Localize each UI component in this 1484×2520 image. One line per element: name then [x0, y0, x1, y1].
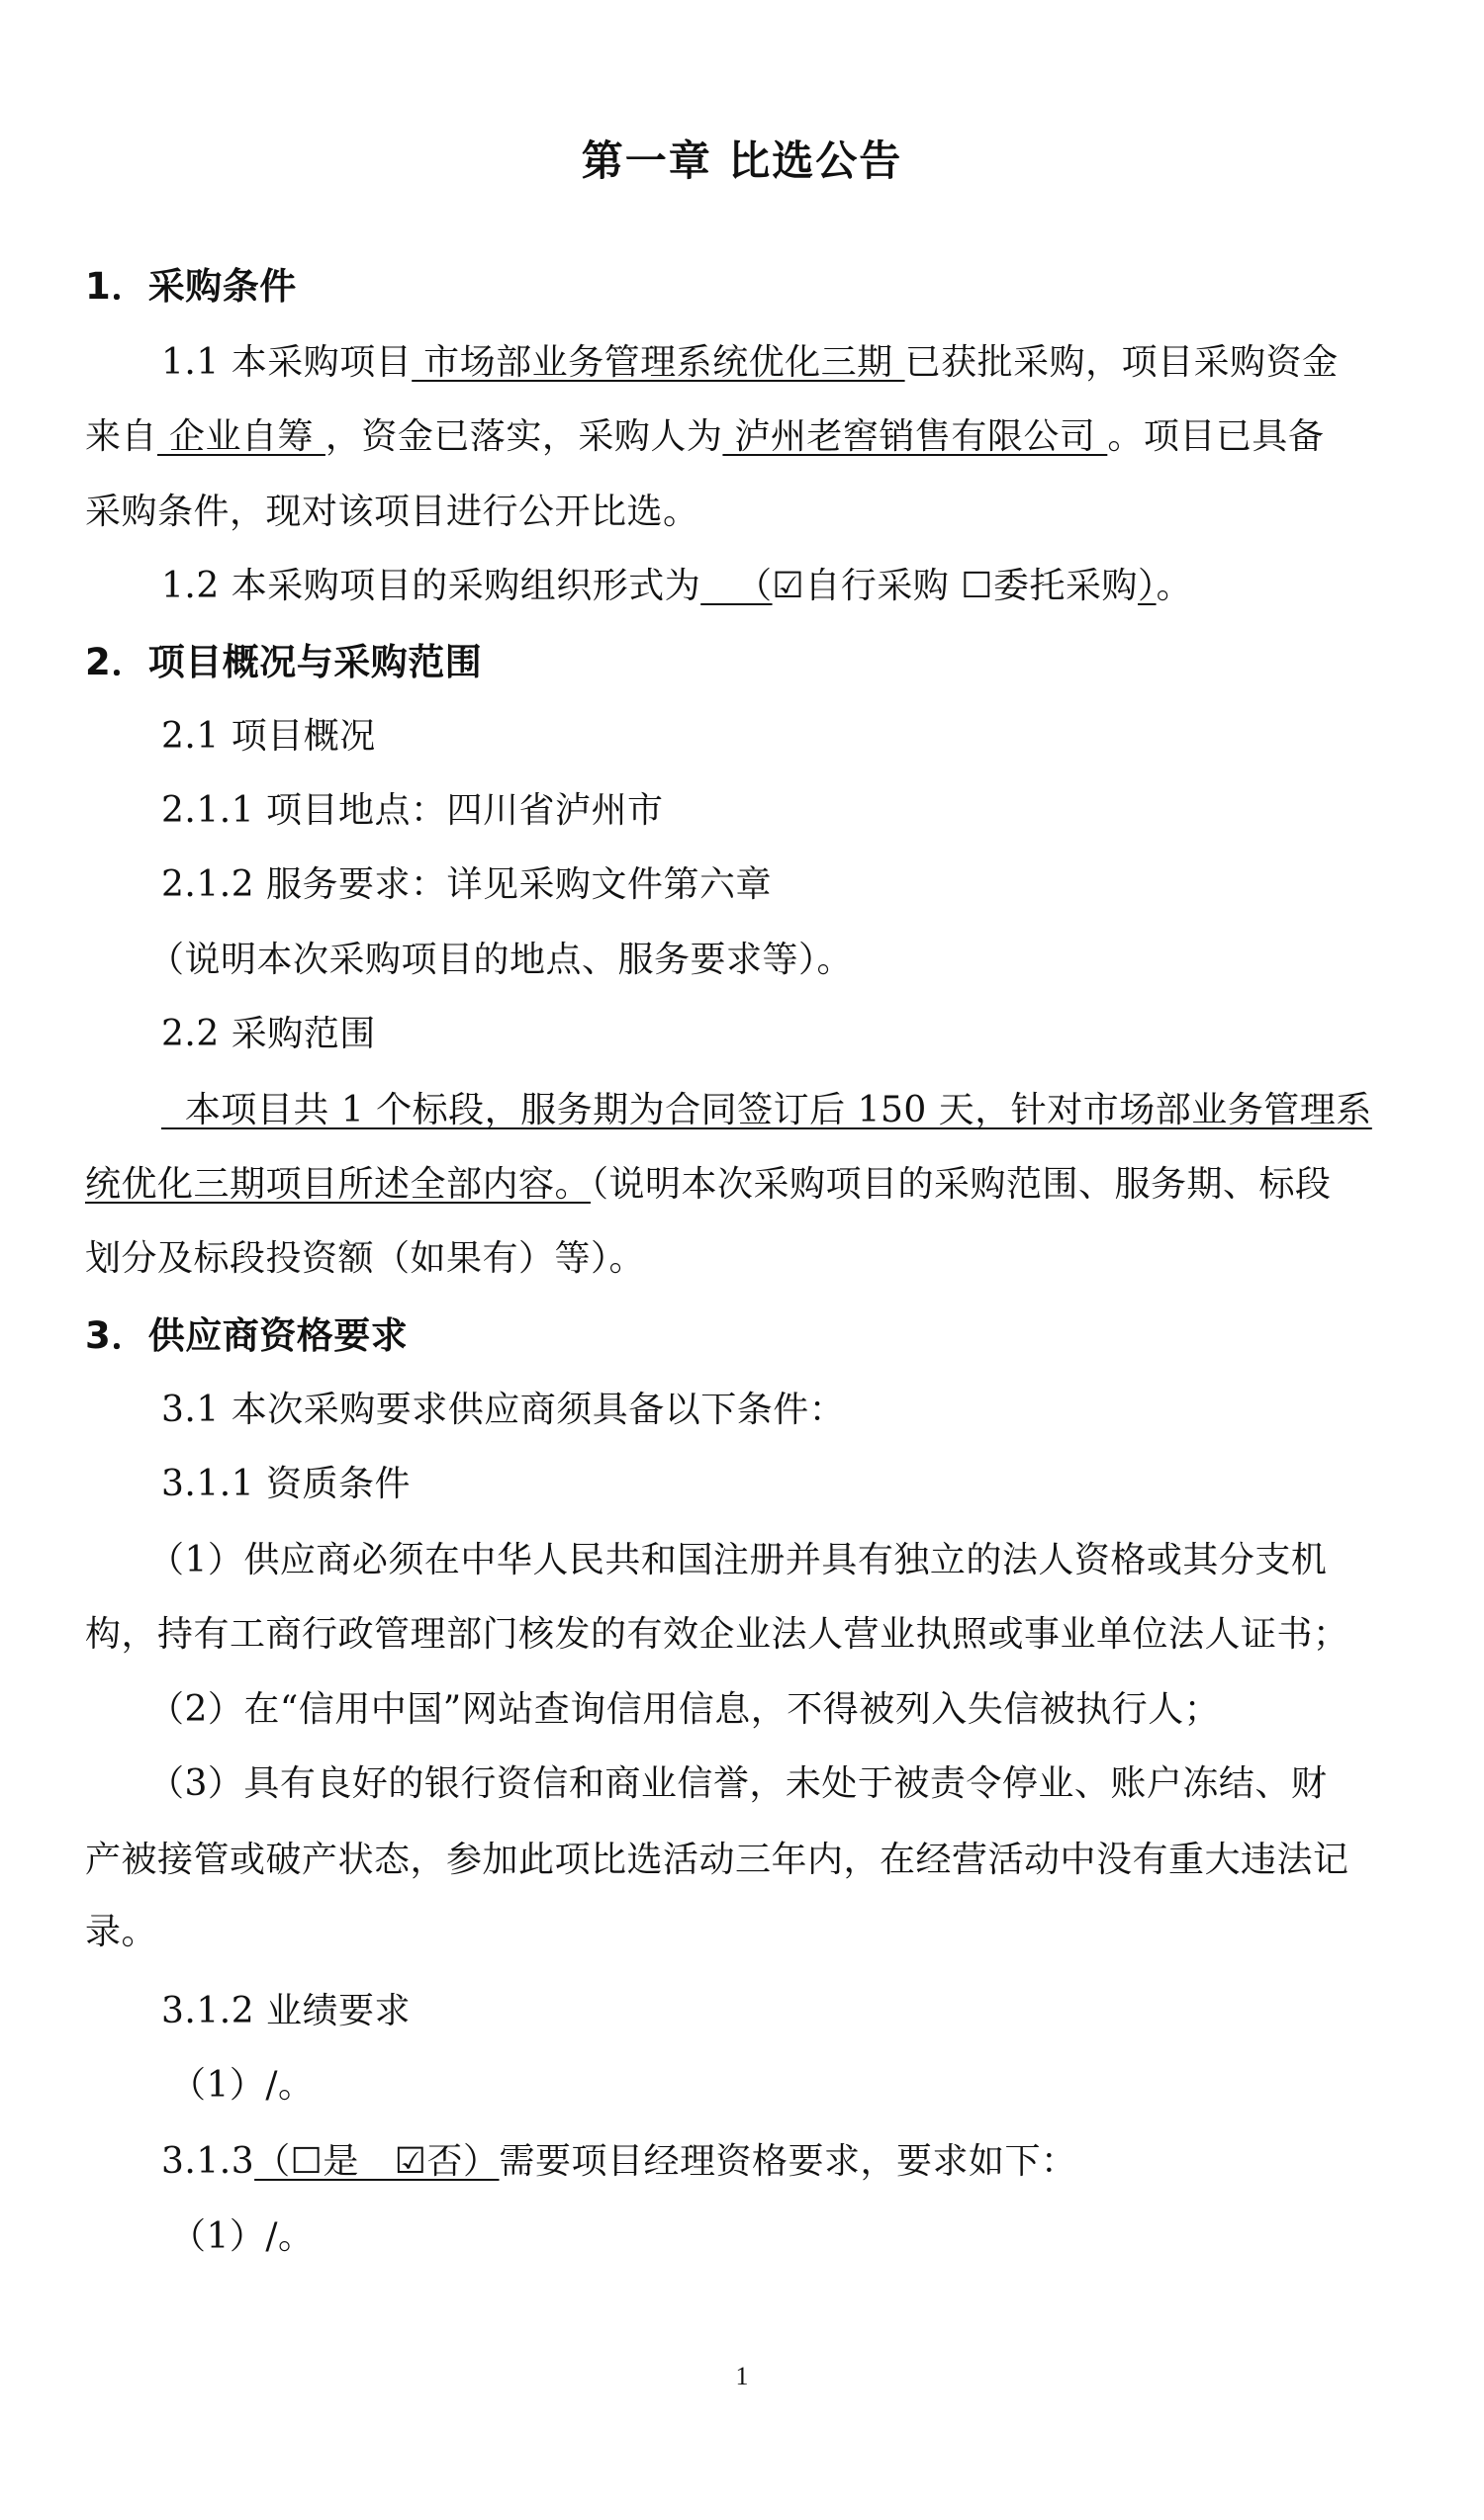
qualification-1-line-2: 构，持有工商行政管理部门核发的有效企业法人营业执照或事业单位法人证书；: [85, 1605, 1401, 1665]
text: 1.2 本采购项目的采购组织形式为: [161, 566, 700, 606]
page-title: 第一章 比选公告: [0, 129, 1484, 188]
item-2-1-1: 2.1.1 项目地点：四川省泸州市: [161, 781, 1401, 841]
qualification-1-line-1: （1）供应商必须在中华人民共和国注册并具有独立的法人资格或其分支机: [148, 1531, 1379, 1590]
item-2-1-2: 2.1.2 服务要求：详见采购文件第六章: [161, 855, 1401, 915]
paragraph-1-1-line-2: 来自 企业自筹 ，资金已落实，采购人为 泸州老窖销售有限公司 。项目已具备: [85, 407, 1401, 467]
text: ）: [1138, 566, 1157, 606]
text: 已获批采购，项目采购资金: [905, 342, 1339, 383]
qualification-2: （2）在“信用中国”网站查询信用信息，不得被列入失信被执行人；: [148, 1680, 1379, 1740]
note-2-1: （说明本次采购项目的地点、服务要求等）。: [148, 931, 1379, 990]
text: 来自: [85, 416, 157, 457]
qualification-3-line-3: 录。: [85, 1903, 1401, 1962]
organization-form-options: （☑自行采购 ☐委托采购）: [700, 566, 1156, 606]
checkbox-self-procurement: ☑自行采购: [773, 557, 950, 616]
performance-item-1: （1）/。: [170, 2056, 1401, 2115]
text: 。项目已具备: [1107, 416, 1324, 457]
project-manager-requirement-options: （☐是 ☑否）: [254, 2132, 499, 2192]
scope-line-2: 统优化三期项目所述全部内容。（说明本次采购项目的采购范围、服务期、标段: [85, 1155, 1401, 1215]
page-number: 1: [0, 2362, 1484, 2391]
subheading-3-1-3: 3.1.3（☐是 ☑否）需要项目经理资格要求，要求如下：: [161, 2132, 1401, 2192]
text: 。: [1157, 566, 1193, 606]
scope-text: 本项目共 1 个标段，服务期为合同签订后 150 天，针对市场部业务管理系: [161, 1090, 1372, 1130]
paragraph-1-1-line-3: 采购条件，现对该项目进行公开比选。: [85, 483, 1401, 542]
qualification-3-line-1: （3）具有良好的银行资信和商业信誉，未处于被责令停业、账户冻结、财: [148, 1755, 1379, 1814]
subheading-3-1: 3.1 本次采购要求供应商须具备以下条件：: [161, 1381, 1401, 1440]
qualification-3-line-2: 产被接管或破产状态，参加此项比选活动三年内，在经营活动中没有重大违法记: [85, 1831, 1401, 1890]
section-heading-3: 3．供应商资格要求: [85, 1306, 1401, 1366]
scope-line-1: 本项目共 1 个标段，服务期为合同签订后 150 天，针对市场部业务管理系: [161, 1081, 1401, 1140]
subheading-2-1: 2.1 项目概况: [161, 707, 1401, 766]
text: （: [700, 566, 772, 606]
section-heading-2: 2．项目概况与采购范围: [85, 633, 1401, 692]
project-manager-item-1: （1）/。: [170, 2207, 1401, 2267]
subheading-3-1-1: 3.1.1 资质条件: [161, 1455, 1401, 1514]
text: 1.1 本采购项目: [161, 342, 412, 383]
section-heading-1: 1．采购条件: [85, 257, 1401, 316]
fund-source-field: 企业自筹: [157, 416, 325, 457]
purchaser-field: 泸州老窖销售有限公司: [722, 416, 1107, 457]
project-name-field: 市场部业务管理系统优化三期: [412, 342, 904, 383]
subheading-3-1-2: 3.1.2 业绩要求: [161, 1982, 1401, 2041]
scope-text: 统优化三期项目所述全部内容。: [85, 1164, 591, 1205]
checkbox-entrusted-procurement: ☐委托采购: [949, 557, 1138, 616]
paragraph-1-2: 1.2 本采购项目的采购组织形式为 （☑自行采购 ☐委托采购）。: [161, 557, 1401, 616]
subheading-2-2: 2.2 采购范围: [161, 1005, 1401, 1064]
paragraph-1-1-line-1: 1.1 本采购项目 市场部业务管理系统优化三期 已获批采购，项目采购资金: [161, 333, 1401, 393]
scope-line-3: 划分及标段投资额（如果有）等）。: [85, 1229, 1401, 1289]
text: ，资金已落实，采购人为: [325, 416, 723, 457]
text: （说明本次采购项目的采购范围、服务期、标段: [591, 1164, 1332, 1205]
text: 3.1.3: [161, 2141, 254, 2182]
text: 需要项目经理资格要求，要求如下：: [500, 2141, 1077, 2182]
